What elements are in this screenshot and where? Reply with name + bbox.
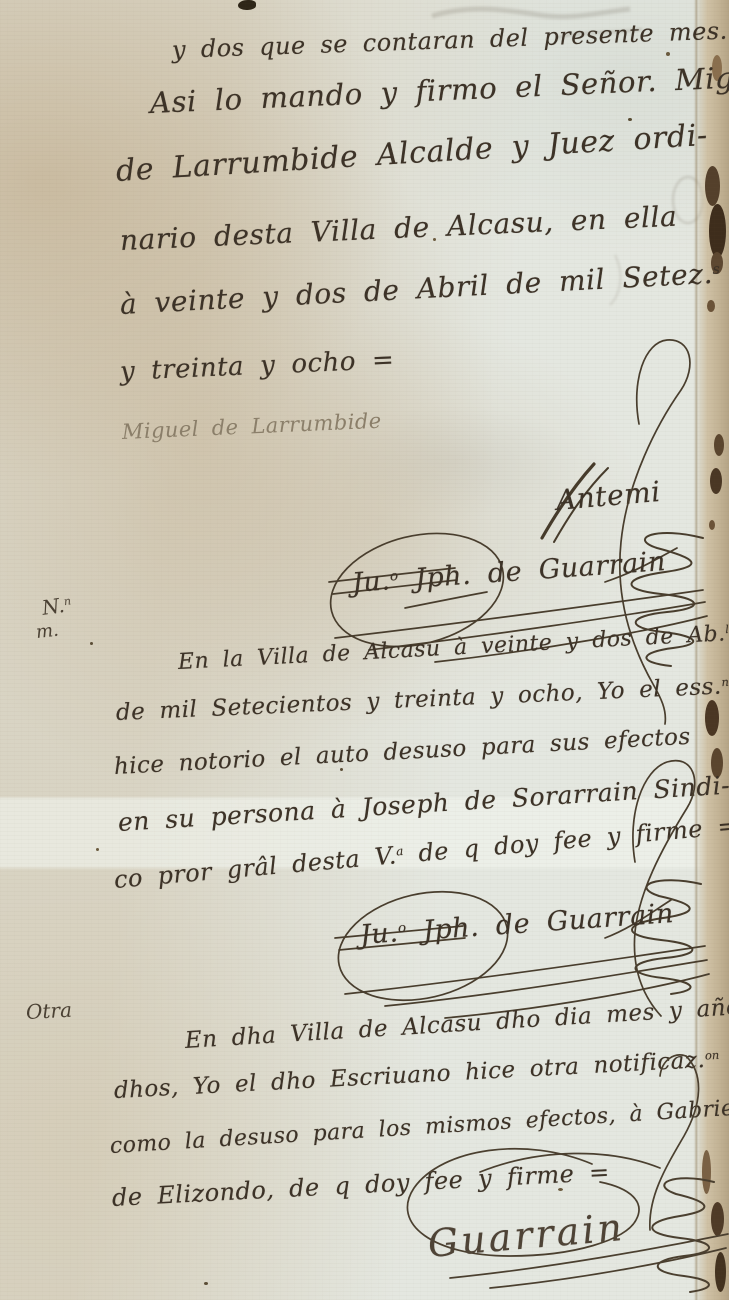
manuscript-line: de Elizondo, de q doy fee y firme =	[111, 1158, 610, 1212]
ink-speck	[204, 1282, 208, 1285]
signature-miguel-de-larrumbide: Miguel de Larrumbide	[121, 409, 382, 444]
ink-blot	[238, 0, 256, 10]
edge-stain	[711, 1202, 724, 1236]
edge-stain	[714, 434, 724, 456]
ink-speck	[96, 848, 99, 851]
edge-stain	[707, 300, 715, 312]
ink-speck	[628, 118, 632, 121]
edge-stain	[705, 166, 720, 206]
edge-stain	[715, 1252, 726, 1292]
edge-stain	[702, 1150, 711, 1194]
manuscript-page: y dos que se contaran del presente mes. …	[0, 0, 729, 1300]
ink-speck	[340, 768, 343, 771]
edge-stain	[709, 520, 715, 530]
manuscript-line: En dha Villa de Alcasu dho dia mes y año	[184, 994, 729, 1054]
manuscript-line: de mil Setecientos y treinta y ocho, Yo …	[115, 673, 729, 726]
signature-escribano-2: Ju.o Jph. de Guarrain	[359, 898, 675, 951]
ink-speck	[90, 642, 93, 645]
signature-escribano-1: Ju.o Jph. de Guarrain	[351, 546, 667, 599]
margin-note-1: N.n	[40, 592, 73, 620]
edge-stain	[705, 700, 719, 736]
signature-escribano-3: Guarrain	[426, 1205, 627, 1266]
edge-stain	[709, 204, 726, 258]
manuscript-line: y treinta y ocho =	[119, 345, 395, 387]
edge-stain	[710, 468, 722, 494]
margin-note-2: Otra	[25, 998, 72, 1024]
manuscript-line: dhos, Yo el dho Escriuano hice otra noti…	[113, 1046, 720, 1104]
manuscript-line: En la Villa de Alcasu à veinte y dos de …	[177, 621, 729, 675]
manuscript-line: hice notorio el auto desuso para sus efe…	[113, 724, 691, 780]
manuscript-line: como la desuso para los mismos efectos, …	[109, 1095, 729, 1159]
ante-mi-label: Antemi	[555, 475, 662, 517]
margin-note-1b: m.	[35, 620, 60, 643]
ink-speck	[666, 52, 670, 56]
